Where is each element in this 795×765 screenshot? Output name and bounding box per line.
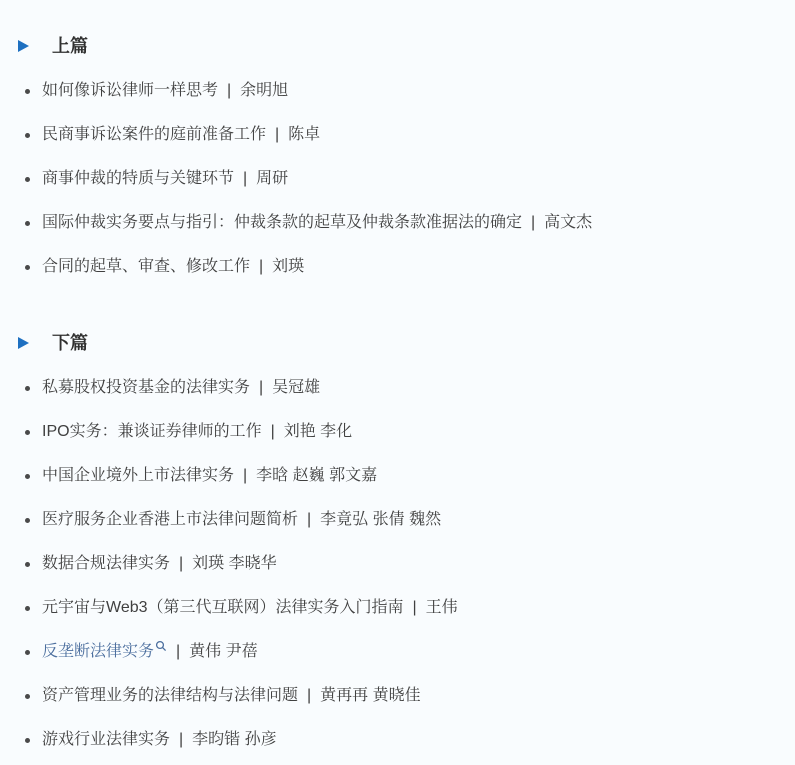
section-title: 上篇 xyxy=(52,36,88,56)
separator: | xyxy=(227,81,231,101)
bullet-icon xyxy=(25,738,30,743)
bullet-icon xyxy=(25,650,30,655)
article-authors: 王伟 xyxy=(426,598,458,618)
expand-triangle-icon[interactable] xyxy=(18,337,29,349)
article-title: 如何像诉讼律师一样思考 xyxy=(42,81,218,101)
list-item: 资产管理业务的法律结构与法律问题 | 黄再再 黄晓佳 xyxy=(18,686,775,706)
list-item: 国际仲裁实务要点与指引：仲裁条款的起草及仲裁条款准据法的确定 | 高文杰 xyxy=(18,213,775,233)
article-authors: 余明旭 xyxy=(240,81,288,101)
search-icon[interactable] xyxy=(155,640,167,652)
bullet-icon xyxy=(25,386,30,391)
article-authors: 刘瑛 李晓华 xyxy=(192,554,276,574)
bullet-icon xyxy=(25,606,30,611)
article-title: 游戏行业法律实务 xyxy=(42,730,170,750)
list-item: 合同的起草、审查、修改工作 | 刘瑛 xyxy=(18,257,775,277)
article-authors: 周研 xyxy=(256,169,288,189)
article-authors: 高文杰 xyxy=(544,213,592,233)
separator: | xyxy=(243,169,247,189)
list-item: 民商事诉讼案件的庭前准备工作 | 陈卓 xyxy=(18,125,775,145)
article-title: 民商事诉讼案件的庭前准备工作 xyxy=(42,125,266,145)
article-authors: 李竟弘 张倩 魏然 xyxy=(320,510,441,530)
bullet-icon xyxy=(25,518,30,523)
separator: | xyxy=(179,554,183,574)
list-item: 中国企业境外上市法律实务 | 李晗 赵巍 郭文嘉 xyxy=(18,466,775,486)
article-title[interactable]: 反垄断法律实务 xyxy=(42,642,154,662)
article-authors: 李晗 赵巍 郭文嘉 xyxy=(256,466,377,486)
article-title: 数据合规法律实务 xyxy=(42,554,170,574)
article-title: 元宇宙与Web3（第三代互联网）法律实务入门指南 xyxy=(42,598,404,618)
article-title: 合同的起草、审查、修改工作 xyxy=(42,257,250,277)
list-item: 数据合规法律实务 | 刘瑛 李晓华 xyxy=(18,554,775,574)
separator: | xyxy=(243,466,247,486)
separator: | xyxy=(179,730,183,750)
section-title: 下篇 xyxy=(52,333,88,353)
article-title: IPO实务：兼谈证券律师的工作 xyxy=(42,422,262,442)
separator: | xyxy=(176,642,180,662)
article-authors: 陈卓 xyxy=(288,125,320,145)
article-authors: 吴冠雄 xyxy=(272,378,320,398)
separator: | xyxy=(307,686,311,706)
list-item: 游戏行业法律实务 | 李昀锴 孙彦 xyxy=(18,730,775,750)
section-header[interactable]: 上篇 xyxy=(18,36,775,56)
article-title: 国际仲裁实务要点与指引：仲裁条款的起草及仲裁条款准据法的确定 xyxy=(42,213,522,233)
article-authors: 刘艳 李化 xyxy=(284,422,352,442)
bullet-icon xyxy=(25,89,30,94)
article-title: 中国企业境外上市法律实务 xyxy=(42,466,234,486)
content: 上篇 如何像诉讼律师一样思考 | 余明旭 民商事诉讼案件的庭前准备工作 | 陈卓… xyxy=(0,0,795,760)
article-title: 私募股权投资基金的法律实务 xyxy=(42,378,250,398)
bullet-icon xyxy=(25,694,30,699)
list-item: IPO实务：兼谈证券律师的工作 | 刘艳 李化 xyxy=(18,422,775,442)
bullet-icon xyxy=(25,265,30,270)
bullet-icon xyxy=(25,474,30,479)
section: 上篇 如何像诉讼律师一样思考 | 余明旭 民商事诉讼案件的庭前准备工作 | 陈卓… xyxy=(18,36,775,277)
bullet-icon xyxy=(25,562,30,567)
section-header[interactable]: 下篇 xyxy=(18,333,775,353)
list-item: 如何像诉讼律师一样思考 | 余明旭 xyxy=(18,81,775,101)
article-list: 私募股权投资基金的法律实务 | 吴冠雄 IPO实务：兼谈证券律师的工作 | 刘艳… xyxy=(18,378,775,750)
separator: | xyxy=(271,422,275,442)
article-authors: 刘瑛 xyxy=(272,257,304,277)
expand-triangle-icon[interactable] xyxy=(18,40,29,52)
separator: | xyxy=(259,378,263,398)
separator: | xyxy=(275,125,279,145)
bullet-icon xyxy=(25,430,30,435)
article-list: 如何像诉讼律师一样思考 | 余明旭 民商事诉讼案件的庭前准备工作 | 陈卓 商事… xyxy=(18,81,775,277)
separator: | xyxy=(259,257,263,277)
article-authors: 李昀锴 孙彦 xyxy=(192,730,276,750)
article-authors: 黄再再 黄晓佳 xyxy=(320,686,420,706)
article-title: 商事仲裁的特质与关键环节 xyxy=(42,169,234,189)
article-title: 资产管理业务的法律结构与法律问题 xyxy=(42,686,298,706)
bullet-icon xyxy=(25,177,30,182)
separator: | xyxy=(413,598,417,618)
list-item: 反垄断法律实务 | 黄伟 尹蓓 xyxy=(18,642,775,662)
list-item: 元宇宙与Web3（第三代互联网）法律实务入门指南 | 王伟 xyxy=(18,598,775,618)
bullet-icon xyxy=(25,221,30,226)
article-title: 医疗服务企业香港上市法律问题简析 xyxy=(42,510,298,530)
separator: | xyxy=(531,213,535,233)
separator: | xyxy=(307,510,311,530)
bullet-icon xyxy=(25,133,30,138)
list-item: 商事仲裁的特质与关键环节 | 周研 xyxy=(18,169,775,189)
list-item: 医疗服务企业香港上市法律问题简析 | 李竟弘 张倩 魏然 xyxy=(18,510,775,530)
list-item: 私募股权投资基金的法律实务 | 吴冠雄 xyxy=(18,378,775,398)
section: 下篇 私募股权投资基金的法律实务 | 吴冠雄 IPO实务：兼谈证券律师的工作 |… xyxy=(18,333,775,750)
article-authors: 黄伟 尹蓓 xyxy=(189,642,257,662)
